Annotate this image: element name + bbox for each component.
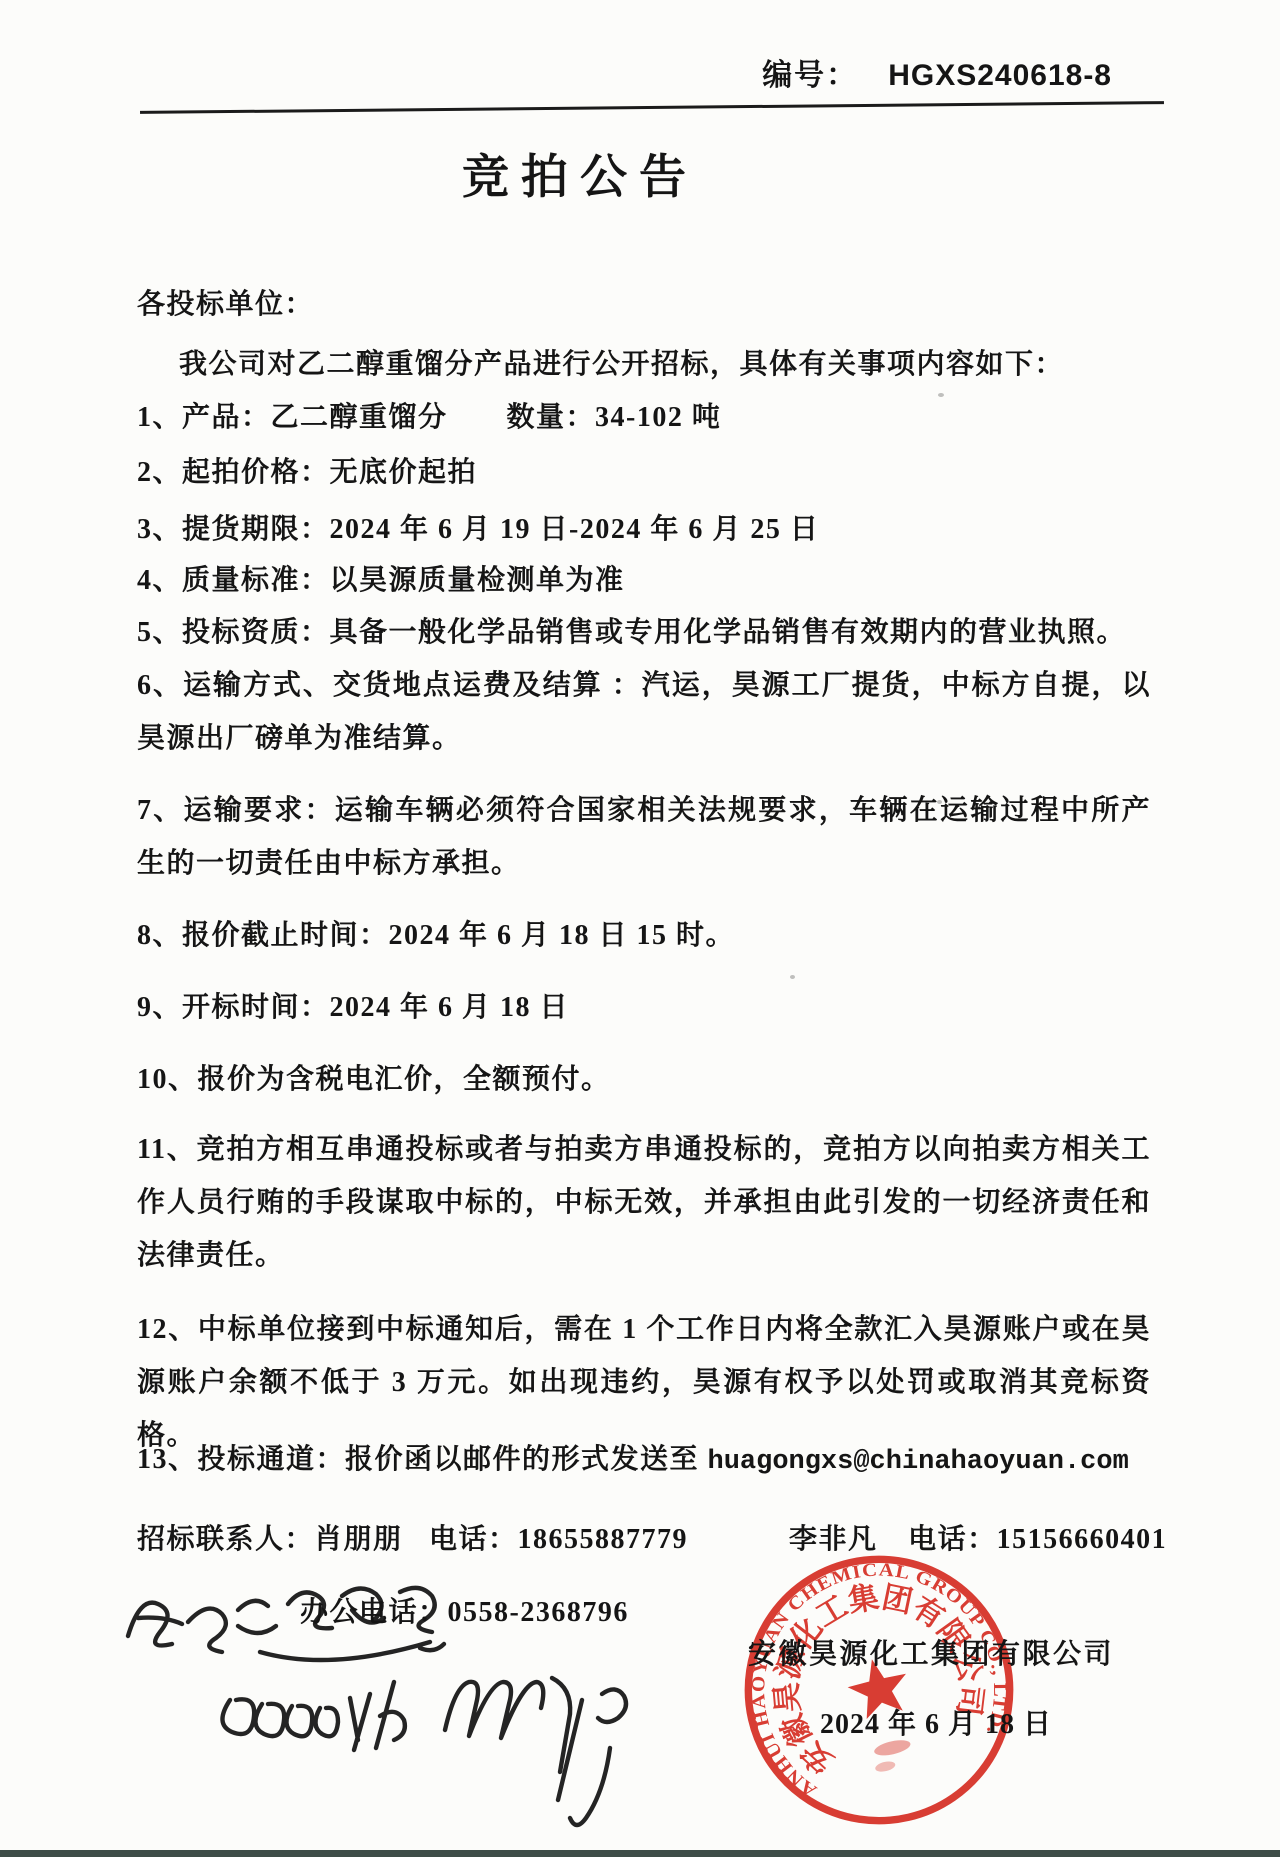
item-5: 5、投标资质：具备一般化学品销售或专用化学品销售有效期内的营业执照。 [137,606,1151,659]
contact-name-1: 肖朋朋 [314,1524,403,1555]
item-10: 10、报价为含税电汇价，全额预付。 [137,1053,1151,1106]
scan-speck [790,975,795,979]
scan-speck [385,1455,389,1459]
salutation: 各投标单位： [137,278,1151,331]
stamp-smudge [874,1760,896,1774]
item-3: 3、提货期限：2024 年 6 月 19 日-2024 年 6 月 25 日 [137,503,1151,556]
phone-label-1: 电话： [429,1524,518,1555]
contact-row: 招标联系人：肖朋朋 电话：18655887779 李非凡 电话：15156660… [137,1513,1151,1566]
item-11: 11、竞拍方相互串通投标或者与拍卖方串通投标的，竞拍方以向拍卖方相关工作人员行贿… [137,1123,1151,1282]
company-seal-stamp: ANHUI HAOYUAN CHEMICAL GROUP CO., LTD. 安… [712,1523,1045,1856]
company-name: 安徽昊源化工集团有限公司 [748,1632,1114,1672]
scan-speck [938,393,944,397]
contact-label: 招标联系人： [137,1524,314,1555]
bid-email: huagongxs@chinahaoyuan.com [708,1447,1129,1477]
item-7: 7、运输要求：运输车辆必须符合国家相关法规要求，车辆在运输过程中所产生的一切责任… [137,784,1151,890]
signature-handwriting [110,1578,670,1838]
doc-number-label: 编号： [762,59,858,92]
scan-bottom-edge [0,1850,1280,1857]
item-13: 13、投标通道：报价函以邮件的形式发送至 huagongxs@chinahaoy… [137,1433,1151,1489]
phone-number-2: 15156660401 [997,1524,1168,1555]
item-6: 6、运输方式、交货地点运费及结算 ：汽运，昊源工厂提货，中标方自提，以昊源出厂磅… [137,659,1151,765]
item-4: 4、质量标准：以昊源质量检测单为准 [137,554,1151,607]
item-9: 9、开标时间：2024 年 6 月 18 日 [137,981,1151,1034]
doc-number-code: HGXS240618-8 [888,59,1112,92]
scan-speck [937,800,942,804]
item-1: 1、产品：乙二醇重馏分 数量：34-102 吨 [137,391,1151,444]
doc-number: 编号：HGXS240618-8 [762,50,1112,94]
page-title: 竞拍公告 [0,140,1160,207]
header-rule [140,101,1164,114]
intro-paragraph: 我公司对乙二醇重馏分产品进行公开招标，具体有关事项内容如下： [137,338,1151,391]
item-13-text: 13、投标通道：报价函以邮件的形式发送至 [137,1444,708,1475]
item-8: 8、报价截止时间：2024 年 6 月 18 日 15 时。 [137,909,1151,962]
item-2: 2、起拍价格：无底价起拍 [137,446,1151,499]
sign-date: 2024 年 6 月 18 日 [820,1702,1052,1742]
phone-number-1: 18655887779 [518,1524,689,1555]
scanned-auction-announcement: 编号：HGXS240618-8 竞拍公告 各投标单位： 我公司对乙二醇重馏分产品… [0,0,1280,1857]
